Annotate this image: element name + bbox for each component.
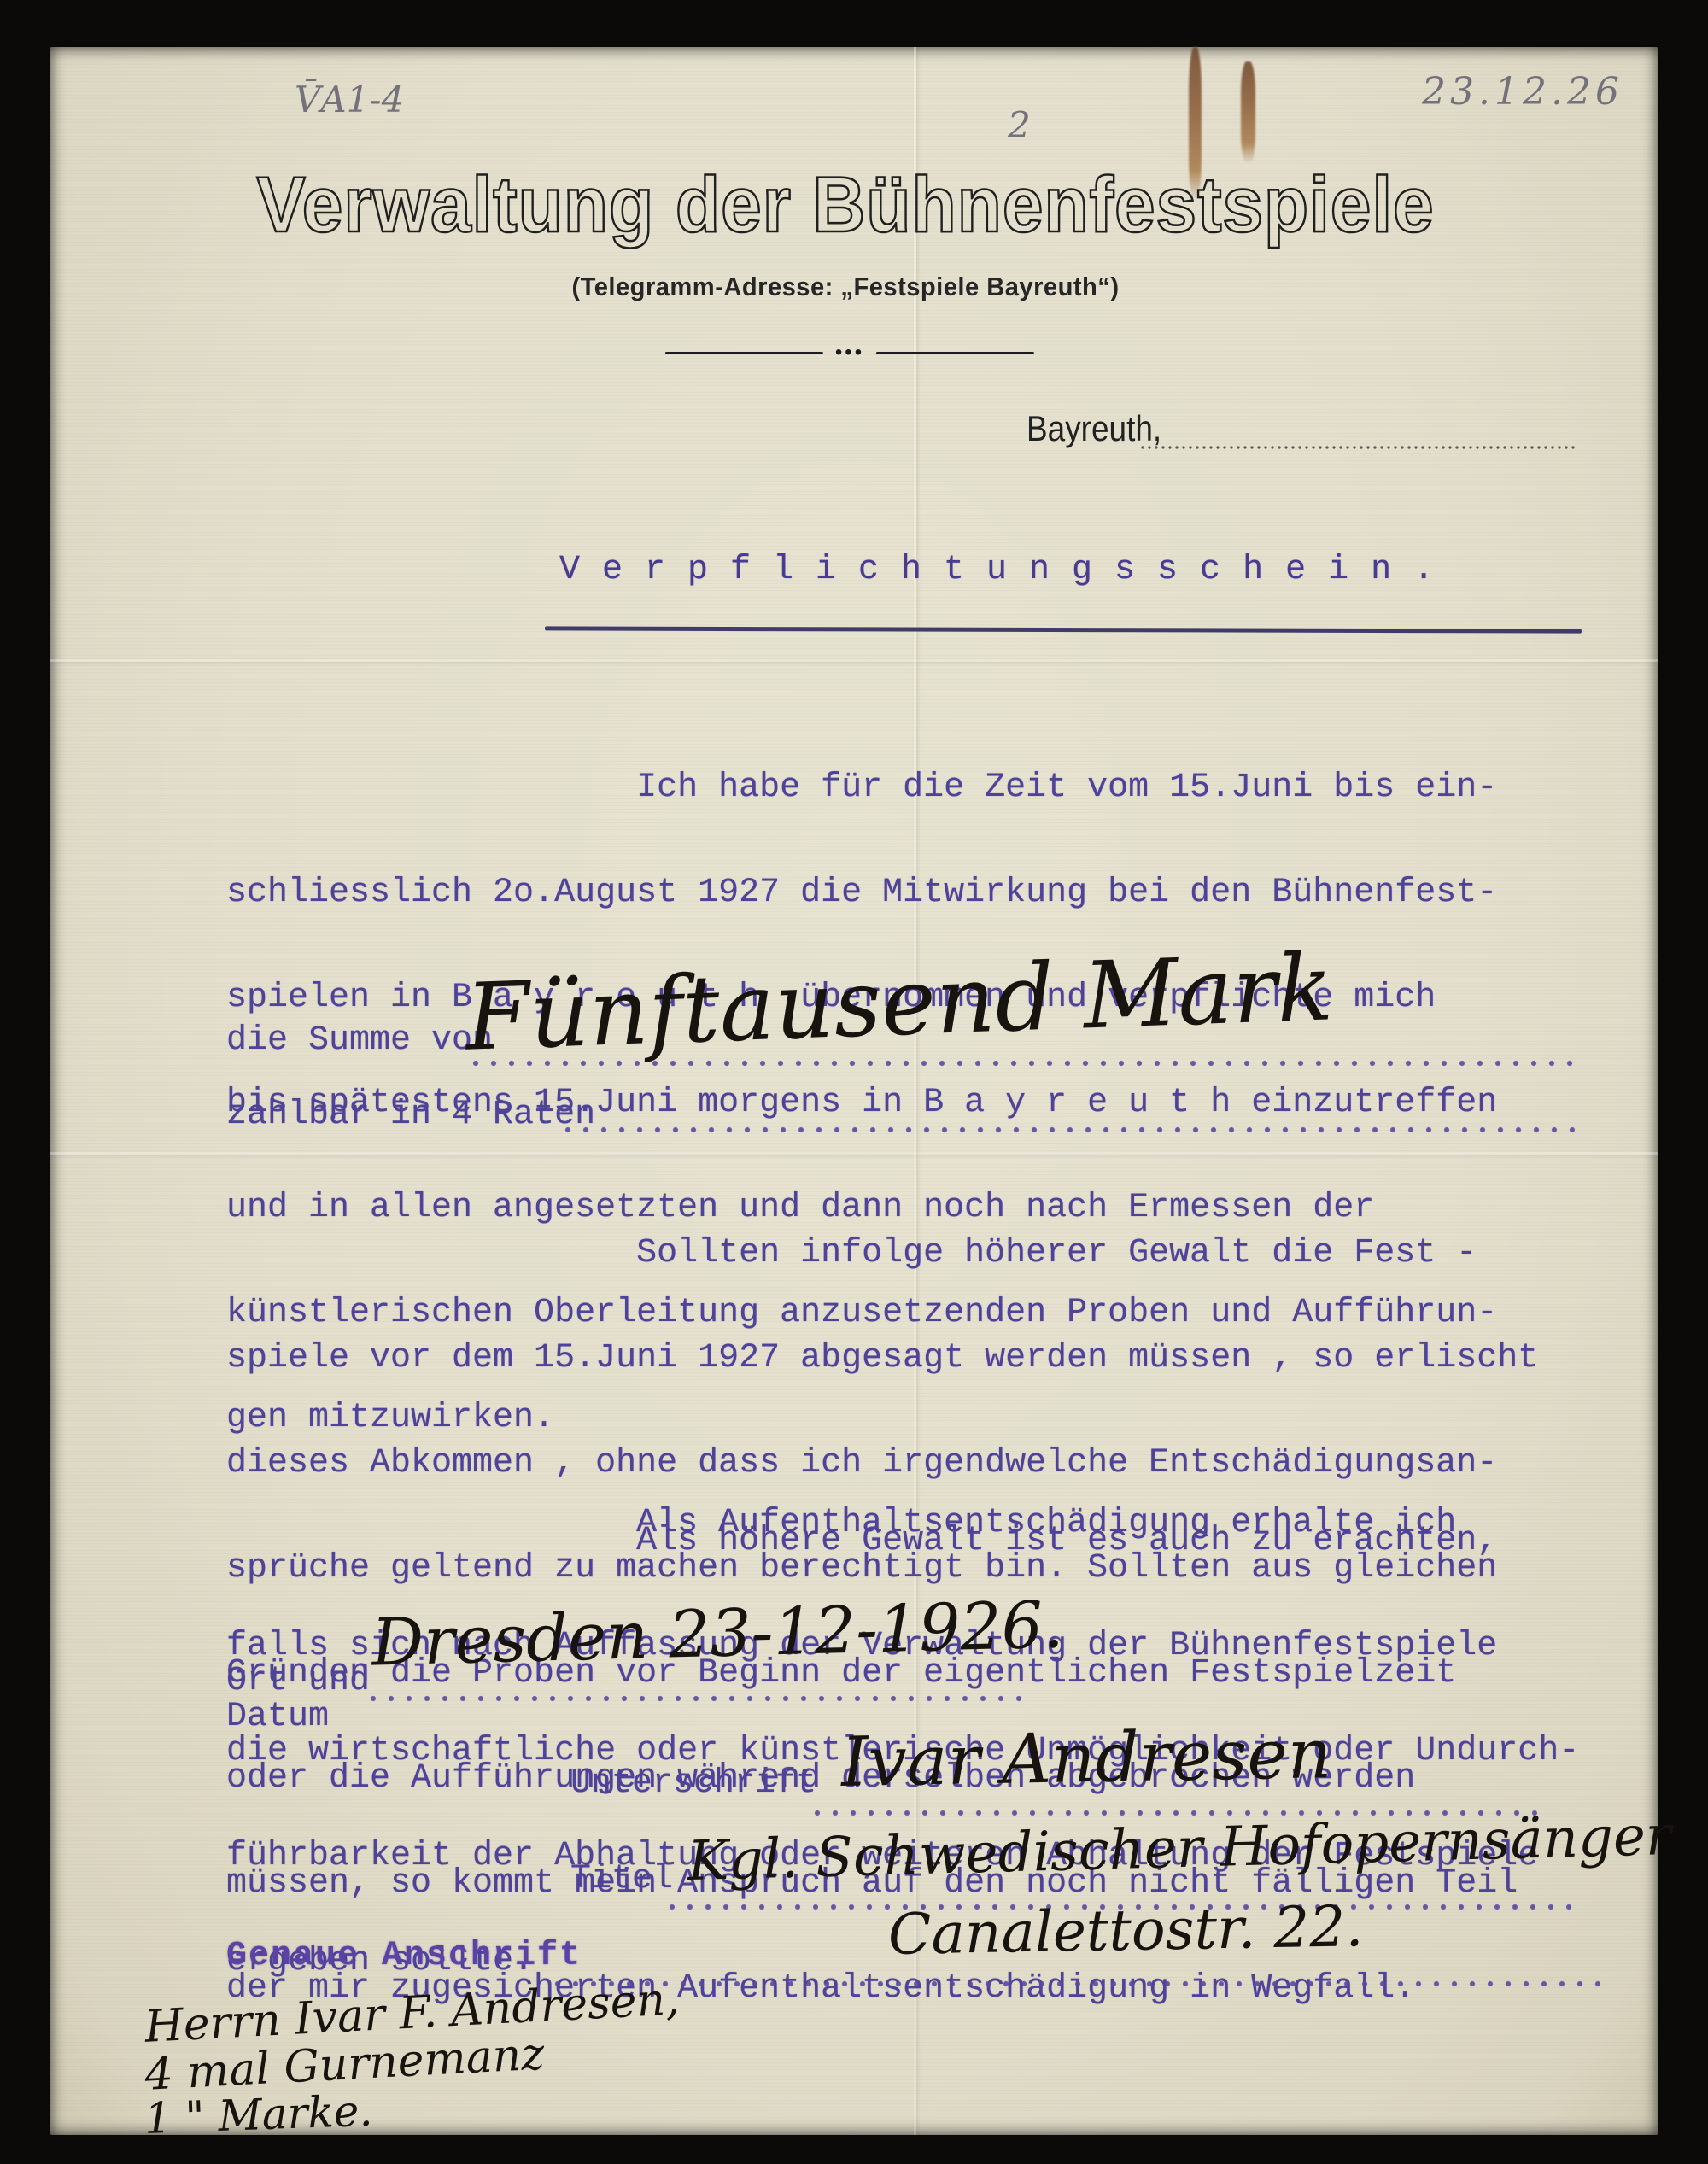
ort-label-line2: Datum (226, 1699, 329, 1734)
typed-line: Ich habe für die Zeit vom 15.Juni bis ei… (226, 770, 1497, 805)
typed-line: schliesslich 2o.August 1927 die Mitwirku… (226, 875, 1497, 910)
address-label: Genaue Anschrift (226, 1939, 582, 1974)
page-number-annotation: 2 (1008, 104, 1031, 146)
place-label: Bayreuth, (1027, 408, 1161, 449)
stain (1241, 61, 1255, 164)
letterhead-divider: ••• (665, 348, 1034, 357)
horizontal-fold-crease-top (50, 659, 1658, 662)
divider-line (876, 352, 1034, 354)
typed-line: Als höhere Gewalt ist es auch zu erachte… (226, 1524, 1579, 1559)
ort-fill-line (369, 1694, 1028, 1703)
title-label: Titel (570, 1862, 673, 1897)
sum-label: die Summe von (226, 1023, 493, 1058)
divider-dots: ••• (835, 348, 864, 357)
document-heading: Verpflichtungsschein. (559, 551, 1456, 589)
address-handwritten-value: Canalettostr. 22. (887, 1893, 1364, 1968)
letterhead-title: Verwaltung der Bühnenfestspiele (256, 161, 1434, 250)
divider-line (665, 352, 823, 354)
installments-fill-line (564, 1126, 1575, 1134)
installments-label: zahlbar in 4 Raten (226, 1097, 595, 1132)
footnote-line-3: 1 " Marke. (143, 2086, 373, 2144)
ort-label-line1: Ort und (226, 1664, 370, 1699)
typed-line: Sollten infolge höherer Gewalt die Fest … (226, 1236, 1538, 1271)
letterhead-subtitle: (Telegramm-Adresse: „Festspiele Bayreuth… (571, 272, 1119, 302)
signature-handwritten-value: Ivar Andresen (840, 1714, 1332, 1802)
address-fill-line (553, 1980, 1606, 1988)
date-fill-line (1140, 445, 1577, 450)
signature-label: Unterschrift (570, 1766, 816, 1801)
corner-date-annotation: 23.12.26 (1422, 70, 1623, 114)
typed-line: spiele vor dem 15.Juni 1927 abgesagt wer… (226, 1341, 1538, 1376)
archive-code-annotation: V̄A1-4 (295, 79, 404, 120)
